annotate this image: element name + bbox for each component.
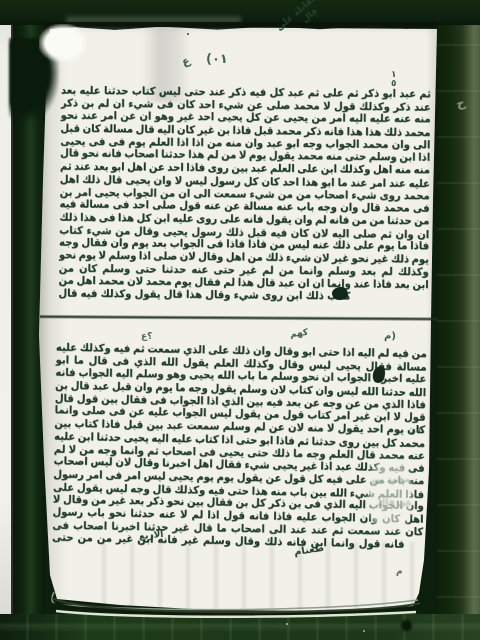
folio2-premark: ؟ع <box>141 332 152 342</box>
manuscript-line: كتاب ذلك ابن روى شيء وقال هذا قال يقول و… <box>58 288 350 304</box>
bottom-small-mark: م <box>396 567 403 577</box>
faded-smudge <box>368 460 412 530</box>
dust-speck <box>286 623 288 625</box>
margin-number: ١ ٥ <box>391 71 397 89</box>
faded-ghost-text: عن قال <box>374 498 412 509</box>
faded-ghost-text: محمد بن <box>372 475 410 486</box>
folio-number-mark: (٠١ <box>206 52 228 67</box>
margin-number-digit: ٥ <box>391 80 397 89</box>
page-corner-highlight <box>39 24 87 62</box>
ink-blot <box>401 620 412 631</box>
catchword-left: الاربع <box>139 530 164 542</box>
folio2-premark: (م <box>384 331 396 342</box>
dust-speck <box>363 630 365 632</box>
folio2-textblock: من فيه لم اليه اذا حتى ابو وقال وان ذلك … <box>52 342 427 557</box>
microfilm-frame: ثم عبد ابو ذكر ثم على ثم عبد كل فيه ذكر … <box>0 0 480 640</box>
dust-speck <box>187 33 189 35</box>
fore-edge-page-stack <box>40 588 432 618</box>
folio1-textblock: ثم عبد ابو ذكر ثم على ثم عبد كل فيه ذكر … <box>58 85 431 311</box>
folio2-margin-tiny-mark: ٥ ر <box>410 426 421 434</box>
ink-blot <box>332 287 348 300</box>
